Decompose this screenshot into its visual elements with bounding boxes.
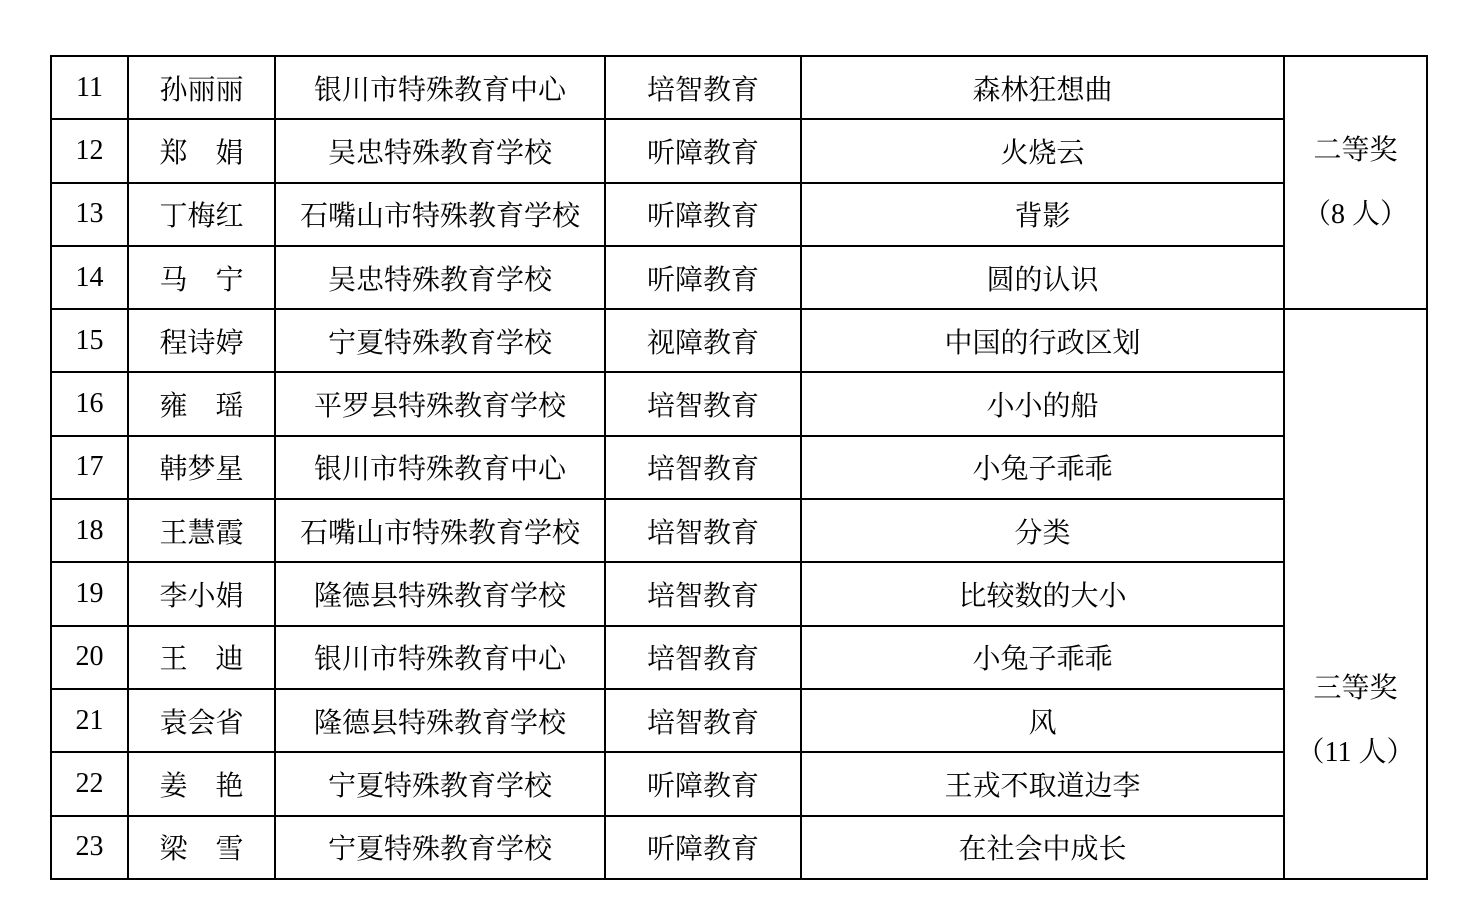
cell-category: 视障教育 (605, 309, 801, 372)
cell-school: 宁夏特殊教育学校 (275, 309, 605, 372)
award-label: 二等奖 (1285, 119, 1426, 182)
cell-name: 雍 瑶 (128, 372, 275, 435)
table-row: 15程诗婷宁夏特殊教育学校视障教育中国的行政区划三等奖（11 人） (51, 309, 1427, 372)
cell-name: 程诗婷 (128, 309, 275, 372)
cell-category: 听障教育 (605, 752, 801, 815)
cell-number: 14 (51, 246, 128, 309)
award-count: （11 人） (1285, 721, 1426, 784)
cell-title: 火烧云 (801, 119, 1284, 182)
table-row: 16雍 瑶平罗县特殊教育学校培智教育小小的船 (51, 372, 1427, 435)
cell-number: 18 (51, 499, 128, 562)
cell-title: 比较数的大小 (801, 562, 1284, 625)
cell-name: 丁梅红 (128, 183, 275, 246)
cell-number: 21 (51, 689, 128, 752)
cell-number: 13 (51, 183, 128, 246)
cell-school: 银川市特殊教育中心 (275, 56, 605, 119)
table-row: 23梁 雪宁夏特殊教育学校听障教育在社会中成长 (51, 816, 1427, 879)
cell-title: 森林狂想曲 (801, 56, 1284, 119)
cell-school: 平罗县特殊教育学校 (275, 372, 605, 435)
cell-category: 培智教育 (605, 372, 801, 435)
cell-number: 12 (51, 119, 128, 182)
cell-title: 风 (801, 689, 1284, 752)
cell-name: 梁 雪 (128, 816, 275, 879)
award-cell: 二等奖（8 人） (1284, 56, 1427, 309)
award-label: 三等奖 (1285, 657, 1426, 720)
cell-category: 培智教育 (605, 626, 801, 689)
table-row: 11孙丽丽银川市特殊教育中心培智教育森林狂想曲二等奖（8 人） (51, 56, 1427, 119)
cell-name: 袁会省 (128, 689, 275, 752)
cell-school: 吴忠特殊教育学校 (275, 119, 605, 182)
cell-number: 16 (51, 372, 128, 435)
cell-name: 孙丽丽 (128, 56, 275, 119)
cell-school: 石嘴山市特殊教育学校 (275, 499, 605, 562)
cell-number: 11 (51, 56, 128, 119)
cell-name: 李小娟 (128, 562, 275, 625)
table-body: 11孙丽丽银川市特殊教育中心培智教育森林狂想曲二等奖（8 人）12郑 娟吴忠特殊… (51, 56, 1427, 879)
cell-school: 隆德县特殊教育学校 (275, 689, 605, 752)
table-row: 17韩梦星银川市特殊教育中心培智教育小兔子乖乖 (51, 436, 1427, 499)
cell-school: 宁夏特殊教育学校 (275, 752, 605, 815)
cell-title: 王戎不取道边李 (801, 752, 1284, 815)
cell-number: 15 (51, 309, 128, 372)
cell-number: 22 (51, 752, 128, 815)
cell-name: 王慧霞 (128, 499, 275, 562)
cell-number: 20 (51, 626, 128, 689)
table-row: 22姜 艳宁夏特殊教育学校听障教育王戎不取道边李 (51, 752, 1427, 815)
cell-title: 分类 (801, 499, 1284, 562)
cell-category: 培智教育 (605, 56, 801, 119)
cell-title: 小小的船 (801, 372, 1284, 435)
table-row: 20王 迪银川市特殊教育中心培智教育小兔子乖乖 (51, 626, 1427, 689)
cell-category: 培智教育 (605, 499, 801, 562)
cell-school: 银川市特殊教育中心 (275, 626, 605, 689)
document-page: 11孙丽丽银川市特殊教育中心培智教育森林狂想曲二等奖（8 人）12郑 娟吴忠特殊… (0, 0, 1474, 921)
table-row: 12郑 娟吴忠特殊教育学校听障教育火烧云 (51, 119, 1427, 182)
cell-name: 韩梦星 (128, 436, 275, 499)
table-row: 13丁梅红石嘴山市特殊教育学校听障教育背影 (51, 183, 1427, 246)
cell-category: 听障教育 (605, 246, 801, 309)
table-row: 14马 宁吴忠特殊教育学校听障教育圆的认识 (51, 246, 1427, 309)
cell-category: 培智教育 (605, 689, 801, 752)
cell-title: 小兔子乖乖 (801, 626, 1284, 689)
cell-category: 听障教育 (605, 816, 801, 879)
cell-school: 银川市特殊教育中心 (275, 436, 605, 499)
award-count: （8 人） (1285, 183, 1426, 246)
awards-table: 11孙丽丽银川市特殊教育中心培智教育森林狂想曲二等奖（8 人）12郑 娟吴忠特殊… (50, 55, 1428, 880)
table-row: 18王慧霞石嘴山市特殊教育学校培智教育分类 (51, 499, 1427, 562)
cell-school: 石嘴山市特殊教育学校 (275, 183, 605, 246)
cell-name: 姜 艳 (128, 752, 275, 815)
cell-school: 宁夏特殊教育学校 (275, 816, 605, 879)
cell-name: 马 宁 (128, 246, 275, 309)
cell-school: 隆德县特殊教育学校 (275, 562, 605, 625)
cell-name: 郑 娟 (128, 119, 275, 182)
cell-number: 23 (51, 816, 128, 879)
cell-name: 王 迪 (128, 626, 275, 689)
cell-category: 培智教育 (605, 562, 801, 625)
cell-category: 听障教育 (605, 119, 801, 182)
cell-title: 小兔子乖乖 (801, 436, 1284, 499)
cell-number: 19 (51, 562, 128, 625)
cell-number: 17 (51, 436, 128, 499)
cell-title: 圆的认识 (801, 246, 1284, 309)
cell-school: 吴忠特殊教育学校 (275, 246, 605, 309)
cell-category: 培智教育 (605, 436, 801, 499)
cell-title: 中国的行政区划 (801, 309, 1284, 372)
table-row: 19李小娟隆德县特殊教育学校培智教育比较数的大小 (51, 562, 1427, 625)
cell-title: 背影 (801, 183, 1284, 246)
award-cell: 三等奖（11 人） (1284, 309, 1427, 879)
cell-category: 听障教育 (605, 183, 801, 246)
cell-title: 在社会中成长 (801, 816, 1284, 879)
table-row: 21袁会省隆德县特殊教育学校培智教育风 (51, 689, 1427, 752)
